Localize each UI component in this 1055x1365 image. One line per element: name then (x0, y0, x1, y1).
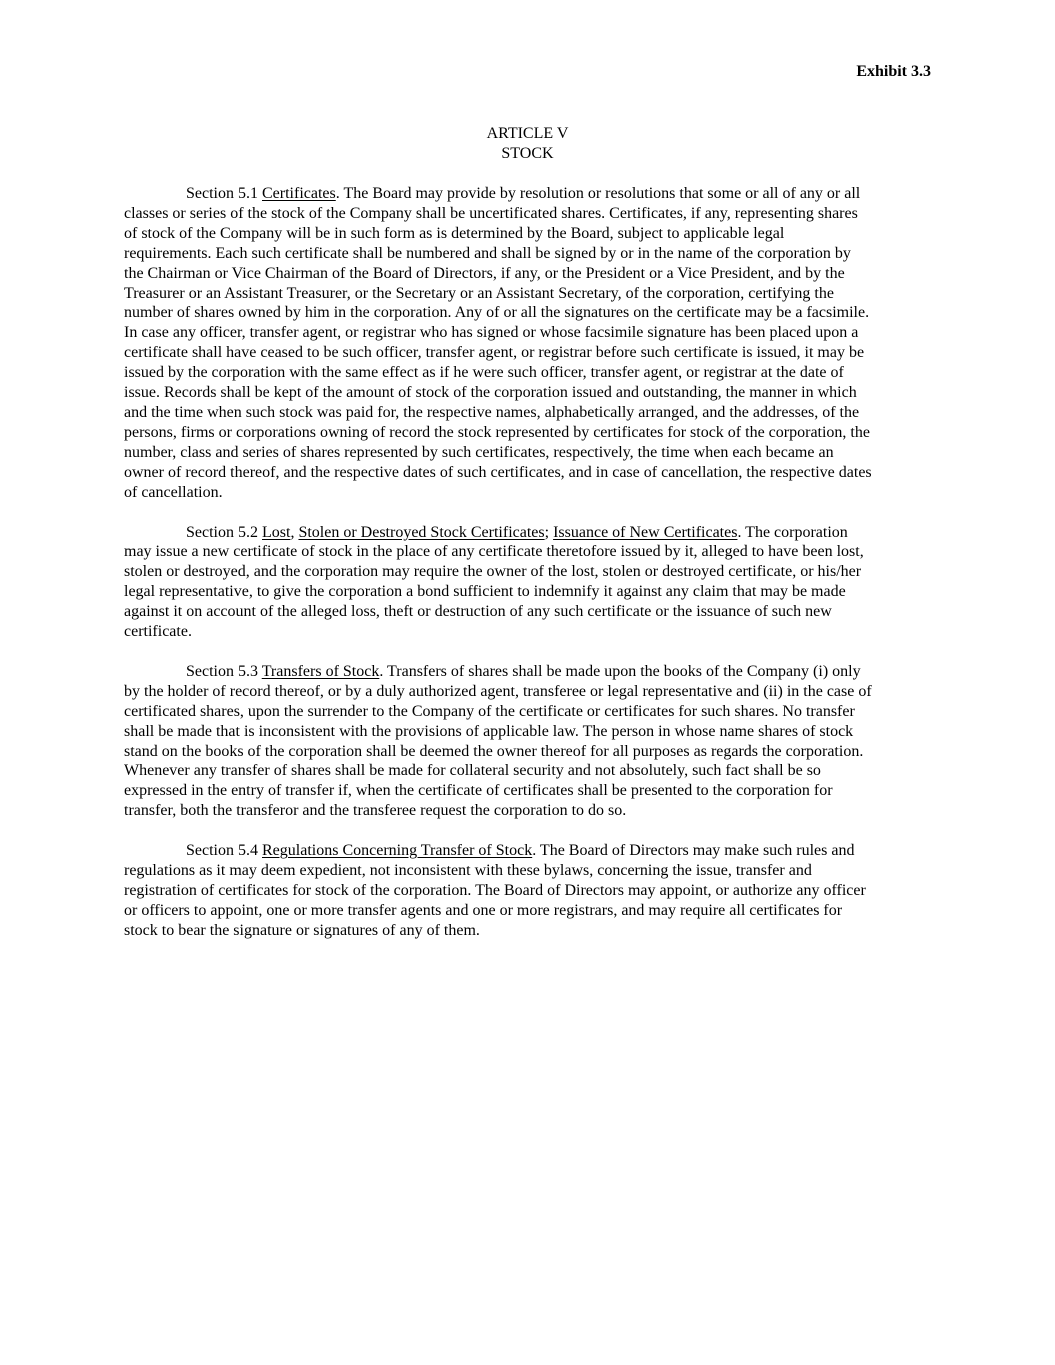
paragraph-first-line: Section 5.1 Certificates. The Board may … (124, 184, 932, 204)
text-line: stand on the books of the corporation sh… (124, 742, 932, 762)
text-line: persons, firms or corporations owning of… (124, 423, 932, 443)
text-line: number of shares owned by him in the cor… (124, 303, 932, 323)
section-5-3: Section 5.3 Transfers of Stock. Transfer… (124, 662, 932, 821)
text-line: requirements. Each such certificate shal… (124, 244, 932, 264)
text-line: transfer, both the transferor and the tr… (124, 801, 932, 821)
section-number: Section 5.1 (186, 185, 258, 202)
text-line: Treasurer or an Assistant Treasurer, or … (124, 284, 932, 304)
article-title: STOCK (0, 144, 1055, 164)
text-line: of cancellation. (124, 483, 932, 503)
paragraph-first-line: Section 5.3 Transfers of Stock. Transfer… (124, 662, 932, 682)
text-line: registration of certificates for stock o… (124, 881, 932, 901)
article-number: ARTICLE V (0, 124, 1055, 144)
section-heading: Regulations Concerning Transfer of Stock (262, 842, 532, 859)
section-heading: Certificates (262, 185, 336, 202)
text-line: number, class and series of shares repre… (124, 443, 932, 463)
text-line: Whenever any transfer of shares shall be… (124, 761, 932, 781)
text-line: issued by the corporation with the same … (124, 363, 932, 383)
text-line: certificated shares, upon the surrender … (124, 702, 932, 722)
text-line: of stock of the Company will be in such … (124, 224, 932, 244)
paragraph-first-line: Section 5.2 Lost, Stolen or Destroyed St… (124, 523, 932, 543)
text-line: stolen or destroyed, and the corporation… (124, 562, 932, 582)
section-5-1: Section 5.1 Certificates. The Board may … (124, 184, 932, 503)
section-number: Section 5.2 (186, 524, 258, 541)
text-line: may issue a new certificate of stock in … (124, 542, 932, 562)
section-5-2: Section 5.2 Lost, Stolen or Destroyed St… (124, 523, 932, 642)
text-line: owner of record thereof, and the respect… (124, 463, 932, 483)
paragraph-first-line: Section 5.4 Regulations Concerning Trans… (124, 841, 932, 861)
section-number: Section 5.4 (186, 842, 258, 859)
text-line: and the time when such stock was paid fo… (124, 403, 932, 423)
text-line: In case any officer, transfer agent, or … (124, 323, 932, 343)
section-heading: Stolen or Destroyed Stock Certificates (298, 524, 544, 541)
text-line: issue. Records shall be kept of the amou… (124, 383, 932, 403)
text-line: stock to bear the signature or signature… (124, 921, 932, 941)
text-line: or officers to appoint, one or more tran… (124, 901, 932, 921)
text-line: certificate. (124, 622, 932, 642)
text-line: shall be made that is inconsistent with … (124, 722, 932, 742)
article-heading: ARTICLE V STOCK (0, 124, 1055, 164)
text-line: the Chairman or Vice Chairman of the Boa… (124, 264, 932, 284)
text-line: classes or series of the stock of the Co… (124, 204, 932, 224)
section-5-4: Section 5.4 Regulations Concerning Trans… (124, 841, 932, 941)
section-heading: Issuance of New Certificates (553, 524, 737, 541)
text-line: certificate shall have ceased to be such… (124, 343, 932, 363)
text-line: legal representative, to give the corpor… (124, 582, 932, 602)
section-heading: Transfers of Stock (262, 663, 380, 680)
section-heading: Lost (262, 524, 290, 541)
exhibit-label: Exhibit 3.3 (856, 62, 931, 82)
text-line: against it on account of the alleged los… (124, 602, 932, 622)
text-line: expressed in the entry of transfer if, w… (124, 781, 932, 801)
text-line: regulations as it may deem expedient, no… (124, 861, 932, 881)
text-line: by the holder of record thereof, or by a… (124, 682, 932, 702)
document-body: Section 5.1 Certificates. The Board may … (124, 184, 932, 961)
section-number: Section 5.3 (186, 663, 258, 680)
